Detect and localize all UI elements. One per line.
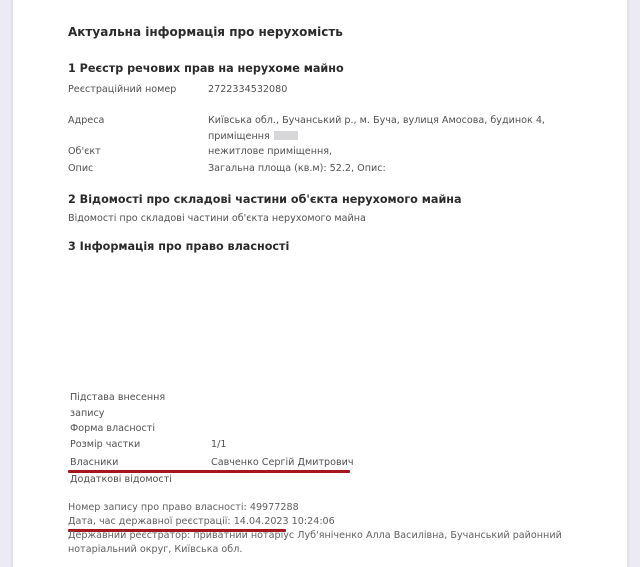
value-registration-number: 2722334532080 xyxy=(208,82,568,98)
address-line2: приміщення xyxy=(208,129,568,145)
document-title: Актуальна інформація про нерухомість xyxy=(68,25,343,39)
section2-heading: 2 Відомості про складові частини об'єкта… xyxy=(68,193,462,206)
redacted-box xyxy=(274,131,298,140)
label-ownership-form: Форма власності xyxy=(70,421,195,437)
registrar-line1: Державний реєстратор: приватний нотаріус… xyxy=(68,529,562,544)
label-additional-info: Додаткові відомості xyxy=(70,472,195,488)
section1-heading: 1 Реєстр речових прав на нерухоме майно xyxy=(68,62,344,75)
registrar-line2: нотаріальний округ, Київська обл. xyxy=(68,543,242,558)
section3-heading: 3 Інформація про право власності xyxy=(68,240,289,253)
value-object: нежитлове приміщення, xyxy=(208,144,568,160)
section2-text: Відомості про складові частини об'єкта н… xyxy=(68,211,366,227)
value-share-size: 1/1 xyxy=(211,437,571,453)
value-owners: Савченко Сергій Дмитрович xyxy=(211,455,571,471)
value-address: Київська обл., Бучанський р., м. Буча, в… xyxy=(208,113,568,144)
label-address: Адреса xyxy=(68,113,193,129)
label-share-size: Розмір частки xyxy=(70,437,195,453)
address-premises: приміщення xyxy=(208,131,270,142)
label-registration-number: Реєстраційний номер xyxy=(68,82,193,98)
registration-datetime: Дата, час державної реєстрації: 14.04.20… xyxy=(68,515,335,530)
record-number: Номер запису про право власності: 499772… xyxy=(68,501,299,516)
document-page: Актуальна інформація про нерухомість 1 Р… xyxy=(13,0,627,567)
value-description: Загальна площа (кв.м): 52.2, Опис: xyxy=(208,161,568,177)
address-line1: Київська обл., Бучанський р., м. Буча, в… xyxy=(208,113,568,129)
label-object: Об'єкт xyxy=(68,144,193,160)
label-description: Опис xyxy=(68,161,193,177)
label-basis: Підстава внесення запису xyxy=(70,390,195,421)
label-owners: Власники xyxy=(70,455,195,471)
